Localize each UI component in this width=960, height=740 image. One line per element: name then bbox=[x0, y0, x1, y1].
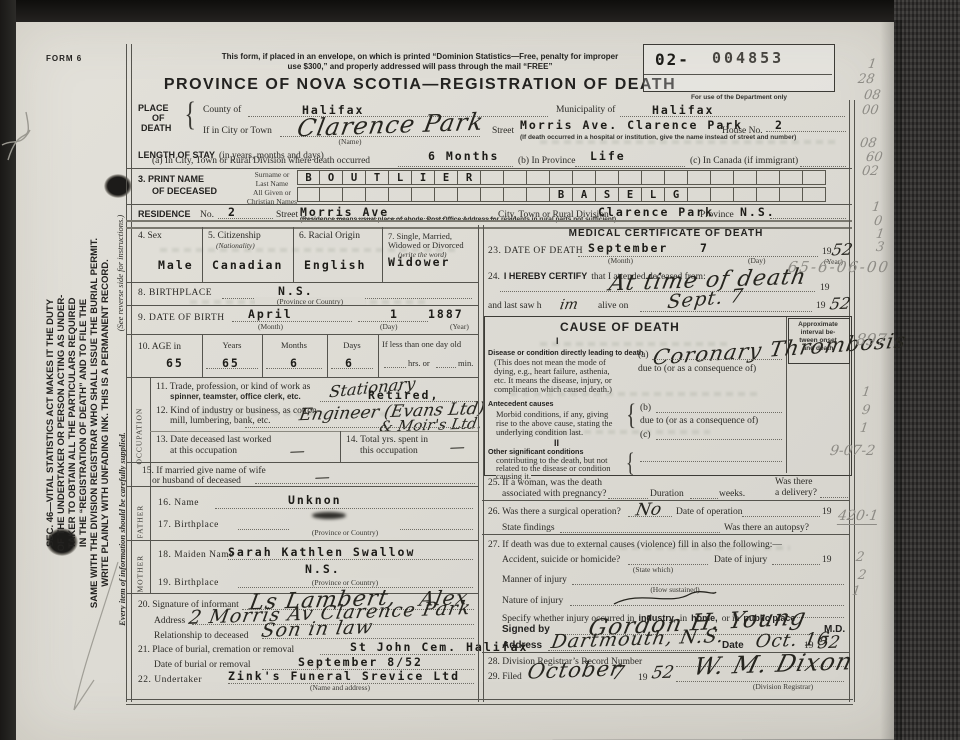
rule bbox=[126, 334, 478, 335]
age-days-header: Days bbox=[329, 340, 375, 350]
letter-cell bbox=[412, 187, 435, 202]
dotted-line bbox=[656, 438, 782, 440]
signedby-label: Signed by bbox=[502, 624, 550, 635]
letter-cell: L bbox=[642, 187, 665, 202]
rule bbox=[126, 282, 478, 283]
s2c-label: (c) In Canada (if immigrant) bbox=[690, 156, 798, 166]
dotted-line bbox=[228, 558, 473, 560]
cause-d5: complication which caused death.) bbox=[494, 384, 612, 394]
death-date-label: 23. DATE OF DEATH bbox=[488, 246, 583, 256]
letter-cell bbox=[780, 187, 803, 202]
dotted-line bbox=[560, 531, 720, 533]
letter-cell bbox=[343, 187, 366, 202]
s12-label1: 12. Kind of industry or business, as cot… bbox=[156, 406, 320, 416]
letter-cell bbox=[527, 187, 550, 202]
letter-cell bbox=[435, 187, 458, 202]
cause-roman-I: I bbox=[556, 336, 559, 346]
s13-label2: at this occupation bbox=[170, 446, 237, 456]
letter-cell bbox=[780, 170, 803, 185]
dotted-line bbox=[232, 320, 352, 322]
dotted-line bbox=[398, 165, 513, 167]
s26-19: 19 bbox=[822, 507, 832, 517]
rule bbox=[482, 534, 850, 535]
other-brace: { bbox=[626, 448, 635, 478]
undertaker-label: 22. Undertaker bbox=[138, 675, 202, 685]
sidebar-notice-line: OF THE UNDERTAKER OR PERSON ACTING AS UN… bbox=[56, 143, 67, 703]
rule bbox=[150, 431, 478, 432]
registrar-signature: W. M. Dixon bbox=[691, 647, 856, 680]
age-value: 65 bbox=[166, 356, 184, 370]
rule bbox=[126, 462, 478, 463]
s26-findings-label: State findings bbox=[502, 523, 555, 533]
letter-cell bbox=[389, 187, 412, 202]
dotted-line bbox=[384, 366, 406, 368]
letter-cell bbox=[711, 170, 734, 185]
rule bbox=[382, 227, 383, 282]
mother-birthplace-value: N.S. bbox=[305, 562, 341, 576]
pencil-number: 60 bbox=[865, 150, 884, 165]
s12-handwritten2: & Moir's Ltd. bbox=[378, 414, 483, 436]
dotted-line bbox=[262, 637, 474, 639]
signed-date-label: Date bbox=[722, 640, 744, 651]
page-title: PROVINCE OF NOVA SCOTIA—REGISTRATION OF … bbox=[160, 76, 680, 94]
informant-address-label: Address bbox=[154, 616, 185, 626]
letter-cell: O bbox=[320, 170, 343, 185]
s2a-label: (a) In City, Town or Rural Division wher… bbox=[152, 156, 370, 166]
s14-label1: 14. Total yrs. spent in bbox=[346, 435, 428, 445]
cause-a-label: (a) bbox=[638, 350, 649, 360]
citizenship-label: 5. Citizenship bbox=[208, 231, 261, 241]
filed-year-handwritten: 52 bbox=[650, 663, 675, 684]
certify-19a: 19 bbox=[820, 283, 830, 293]
sex-label: 4. Sex bbox=[138, 231, 162, 241]
department-box-rule bbox=[644, 74, 832, 75]
filed-month-handwritten: October bbox=[526, 656, 624, 683]
s27-label: 27. If death was due to external causes … bbox=[488, 540, 782, 550]
letter-cell: E bbox=[619, 187, 642, 202]
marital-label2: Widowed or Divorced bbox=[388, 240, 464, 250]
rule bbox=[262, 335, 263, 377]
background-fabric bbox=[894, 0, 960, 740]
municipality-label: Municipality of bbox=[556, 105, 615, 115]
sidebar-reverse-note: (See reverse side for instructions.) bbox=[115, 178, 125, 368]
letter-cell bbox=[734, 170, 757, 185]
s1-number-label: PLACE bbox=[138, 103, 169, 113]
s26-answer-handwritten: No bbox=[634, 500, 663, 521]
s15-label1: 15. If married give name of wife bbox=[142, 466, 266, 476]
citizenship-paren: (Nationality) bbox=[216, 241, 255, 250]
age-less-than-day-label: If less than one day old bbox=[382, 339, 461, 349]
given-cap1: All Given or bbox=[253, 188, 291, 197]
county-label: County of bbox=[203, 105, 241, 115]
dotted-line bbox=[608, 497, 648, 499]
residence-label: RESIDENCE bbox=[138, 209, 191, 219]
paper-right-shadow bbox=[880, 20, 902, 740]
residence-city-value: Clarence Park bbox=[598, 205, 714, 219]
letter-cell bbox=[481, 187, 504, 202]
burial-date-value: September 8/52 bbox=[298, 655, 423, 669]
sidebar-notice-line: SAME WITH THE DIVISION REGISTRAR WHO SHA… bbox=[89, 143, 100, 703]
mail-note-line2: use $300,” and properly addressed will p… bbox=[200, 62, 640, 71]
s27-accident-label: Accident, suicide or homicide? bbox=[502, 555, 620, 565]
age-min-label: min. bbox=[458, 358, 473, 368]
rule bbox=[327, 335, 328, 377]
dotted-line bbox=[255, 482, 475, 484]
dotted-line bbox=[266, 367, 322, 369]
certify-no: 24. bbox=[488, 272, 500, 282]
letter-cell bbox=[573, 170, 596, 185]
rule bbox=[340, 431, 341, 462]
dob-day-caption: (Day) bbox=[380, 322, 398, 331]
dotted-line bbox=[218, 217, 273, 219]
s27-19: 19 bbox=[822, 555, 832, 565]
dob-year-caption: (Year) bbox=[450, 322, 469, 331]
pencil-number: 9-07-2 bbox=[829, 443, 876, 459]
lastsaw-label1: and last saw h bbox=[488, 301, 542, 311]
s26-autopsy-label: Was there an autopsy? bbox=[724, 523, 809, 533]
surname-caption: Surname orLast Name bbox=[248, 170, 296, 188]
rule bbox=[202, 335, 203, 377]
s25-duration-label: Duration bbox=[650, 489, 684, 499]
dotted-line bbox=[245, 426, 475, 428]
sidebar-notice-line: IN THE “REGISTRATION OF DEATH” AND TO FI… bbox=[78, 143, 89, 703]
letter-cell bbox=[688, 187, 711, 202]
s1-label-death: DEATH bbox=[141, 123, 171, 133]
dotted-line bbox=[206, 367, 258, 369]
interval-line: Approximate bbox=[798, 321, 838, 328]
death-month-caption: (Month) bbox=[608, 256, 633, 265]
letter-cell bbox=[665, 170, 688, 185]
letter-cell bbox=[711, 187, 734, 202]
letter-cell bbox=[504, 170, 527, 185]
s13-label1: 13. Date deceased last worked bbox=[156, 435, 271, 445]
s25-label2: associated with pregnancy? bbox=[502, 489, 606, 499]
dotted-line bbox=[500, 290, 815, 292]
dob-month-caption: (Month) bbox=[258, 322, 283, 331]
letter-cell bbox=[366, 187, 389, 202]
registrar-caption: (Division Registrar) bbox=[718, 682, 848, 691]
letter-cell: T bbox=[366, 170, 389, 185]
given-letter-grid: BASELG bbox=[297, 187, 826, 202]
s26-label: 26. Was there a surgical operation? bbox=[488, 507, 621, 517]
letter-cell bbox=[527, 170, 550, 185]
lastsaw-label2: alive on bbox=[598, 301, 628, 311]
letter-cell: U bbox=[343, 170, 366, 185]
dotted-line bbox=[575, 165, 685, 167]
citizenship-value: Canadian bbox=[212, 258, 283, 272]
s26-opdate-label: Date of operation bbox=[676, 507, 742, 517]
letter-cell bbox=[803, 170, 826, 185]
s1-brace: { bbox=[184, 96, 195, 134]
letter-cell: I bbox=[412, 170, 435, 185]
age-years-header: Years bbox=[204, 340, 260, 350]
pencil-number: 420·1 bbox=[837, 508, 879, 525]
letter-cell bbox=[688, 170, 711, 185]
letter-cell bbox=[550, 170, 573, 185]
s3-label-line1: 3. PRINT NAME bbox=[138, 174, 204, 184]
name-caption: (Name) bbox=[320, 137, 380, 146]
rule bbox=[126, 377, 478, 378]
letter-cell bbox=[757, 170, 780, 185]
s2b-label: (b) In Province bbox=[518, 156, 576, 166]
street-label: Street bbox=[492, 126, 514, 136]
letter-cell bbox=[642, 170, 665, 185]
pencil-number: 08 bbox=[863, 88, 882, 103]
pencil-number: 897 bbox=[855, 330, 888, 349]
letter-cell bbox=[734, 187, 757, 202]
letter-cell: B bbox=[550, 187, 573, 202]
s2b-value: Life bbox=[590, 149, 626, 163]
rule bbox=[126, 168, 852, 169]
racial-origin-label: 6. Racial Origin bbox=[299, 231, 360, 241]
pencil-number: 02 bbox=[861, 164, 880, 179]
letter-cell: A bbox=[573, 187, 596, 202]
s25-weeks-label: weeks. bbox=[719, 489, 745, 499]
dob-day-value: 1 bbox=[390, 307, 399, 321]
residence-province-label: Province bbox=[700, 210, 734, 220]
sidebar-notice-line: WRITE PLAINLY WITH UNFADING INK. THIS IS… bbox=[100, 143, 111, 703]
mail-note-line1: This form, if placed in an envelope, on … bbox=[200, 52, 640, 61]
mother-maiden-value: Sarah Kathlen Swallow bbox=[228, 545, 415, 559]
death-date-month: September bbox=[588, 241, 668, 255]
burial-place-label: 21. Place of burial, cremation or remova… bbox=[138, 645, 294, 655]
letter-cell: B bbox=[297, 170, 320, 185]
letter-cell bbox=[458, 187, 481, 202]
dob-month-value: April bbox=[248, 307, 293, 321]
occupation-side-label: OCCUPATION bbox=[135, 401, 144, 465]
dotted-line bbox=[436, 366, 456, 368]
rule bbox=[293, 227, 294, 282]
sidebar-divider-rule bbox=[126, 44, 132, 702]
residence-street-label: Street bbox=[276, 210, 298, 220]
dotted-line bbox=[742, 515, 820, 517]
rule bbox=[126, 486, 478, 487]
s27-statewhich-caption: (State which) bbox=[608, 565, 698, 574]
dotted-line bbox=[770, 217, 846, 219]
city-town-label: If in City or Town bbox=[203, 126, 272, 136]
dotted-line bbox=[766, 130, 846, 132]
s3-label-line2: OF DECEASED bbox=[152, 186, 217, 196]
sex-value: Male bbox=[158, 258, 194, 272]
dotted-line bbox=[331, 367, 373, 369]
dob-year-value: 1887 bbox=[428, 307, 464, 321]
antecedent-brace: { bbox=[626, 398, 636, 432]
department-serial-number: 004853 bbox=[712, 49, 784, 67]
undertaker-value: Zink's Funeral Srevice Ltd bbox=[228, 669, 460, 683]
father-birthplace-caption: (Province or Country) bbox=[290, 528, 400, 537]
dotted-line bbox=[652, 358, 782, 360]
racial-origin-value: English bbox=[304, 258, 366, 272]
lastsaw-strike: im bbox=[559, 297, 580, 314]
pencil-number: 08 bbox=[859, 136, 878, 151]
surname-cap2: Last Name bbox=[256, 179, 289, 188]
father-name-value: Unknon bbox=[288, 493, 342, 507]
father-name-label: 16. Name bbox=[158, 498, 199, 508]
form-number: FORM 6 bbox=[46, 54, 82, 63]
dotted-line bbox=[640, 460, 782, 462]
cause-dueto1: due to (or as a consequence of) bbox=[638, 364, 756, 374]
undertaker-caption: (Name and address) bbox=[280, 683, 400, 692]
letter-cell: E bbox=[435, 170, 458, 185]
rule bbox=[202, 227, 203, 282]
dob-label: 9. DATE OF BIRTH bbox=[138, 313, 225, 323]
rule bbox=[378, 335, 379, 377]
s25-delivery-label: a delivery? bbox=[775, 488, 817, 498]
marital-value: Widower bbox=[388, 255, 450, 269]
antecedent-label: Antecedent causes bbox=[488, 399, 554, 408]
surname-letter-grid: BOUTLIER bbox=[297, 170, 826, 185]
lastsaw-19: 19 bbox=[816, 301, 826, 311]
rule bbox=[482, 500, 850, 501]
s27-manner-label: Manner of injury bbox=[502, 575, 567, 585]
birthplace-label: 8. BIRTHPLACE bbox=[138, 288, 212, 298]
s3-print-name: PRINT NAME bbox=[148, 174, 204, 184]
letter-cell bbox=[619, 170, 642, 185]
cause-d1: Disease or condition directly leading to… bbox=[488, 348, 643, 357]
s3-number: 3. bbox=[138, 174, 146, 184]
surname-cap1: Surname or bbox=[255, 170, 290, 179]
residence-city-label: City, Town or Rural Division bbox=[498, 210, 609, 220]
nature-squiggle bbox=[610, 588, 720, 608]
lastsaw-year-handwritten: 52 bbox=[828, 294, 852, 314]
letter-cell bbox=[757, 187, 780, 202]
letter-cell bbox=[481, 170, 504, 185]
dotted-line bbox=[548, 649, 716, 651]
rule bbox=[126, 305, 478, 306]
letter-cell: G bbox=[665, 187, 688, 202]
s25-label1: 25. If a woman, was the death bbox=[488, 478, 602, 488]
cause-b-label: (b) bbox=[640, 403, 651, 413]
s25-wasthere-label: Was there bbox=[775, 477, 812, 487]
informant-relationship-label: Relationship to deceased bbox=[154, 631, 248, 641]
municipality-value: Halifax bbox=[652, 103, 714, 117]
letter-cell bbox=[504, 187, 527, 202]
s14-label2: this occupation bbox=[360, 446, 418, 456]
antecedent-l4: underlying condition last. bbox=[496, 427, 583, 437]
cause-dueto2: due to (or as a consequence of) bbox=[640, 416, 758, 426]
mother-side-label: MOTHER bbox=[136, 545, 145, 593]
father-side-label: FATHER bbox=[136, 495, 145, 539]
cause-title: CAUSE OF DEATH bbox=[560, 320, 680, 334]
cause-c-label: (c) bbox=[640, 430, 651, 440]
s2a-value: 6 Months bbox=[428, 149, 499, 163]
letter-cell bbox=[803, 187, 826, 202]
letter-cell bbox=[596, 170, 619, 185]
s15-label2: or husband of deceased bbox=[152, 476, 241, 486]
filed-19: 19 bbox=[638, 673, 648, 683]
street-value: Morris Ave. Clarence Park bbox=[520, 118, 743, 132]
age-months-header: Months bbox=[264, 340, 324, 350]
sidebar-notice-line: TAKER TO OBTAIN ALL THE PARTICULARS REQU… bbox=[67, 143, 78, 703]
pencil-number: 28 bbox=[857, 72, 876, 87]
signed-address-label: Address bbox=[502, 640, 542, 651]
s11-label1: 11. Trade, profession, or kind of work a… bbox=[156, 382, 310, 392]
department-box-caption: For use of the Department only bbox=[648, 94, 830, 101]
medical-title: MEDICAL CERTIFICATE OF DEATH bbox=[484, 228, 848, 239]
letter-cell: L bbox=[389, 170, 412, 185]
hospital-caption: (If death occurred in a hospital or inst… bbox=[520, 134, 796, 141]
dotted-line bbox=[628, 515, 672, 517]
rule bbox=[126, 540, 478, 541]
s1-label-of: OF bbox=[152, 113, 165, 123]
s27-dateinjury-label: Date of injury bbox=[714, 555, 767, 565]
dotted-line bbox=[772, 563, 820, 565]
sidebar-notice-line: SEC. 46—VITAL STATISTICS ACT MAKES IT TH… bbox=[45, 143, 56, 703]
s27-nature-label: Nature of injury bbox=[502, 596, 563, 606]
birthplace-value: N.S. bbox=[278, 284, 314, 298]
death-date-day: 7 bbox=[700, 241, 709, 255]
letter-cell: R bbox=[458, 170, 481, 185]
pencil-number: 00 bbox=[861, 103, 880, 118]
pencil-number: 65-6-06-00 bbox=[787, 258, 892, 276]
dotted-line bbox=[640, 310, 812, 312]
mother-maiden-label: 18. Maiden Name bbox=[158, 550, 234, 560]
ink-smudge bbox=[312, 512, 346, 519]
s29-filed-label: 29. Filed bbox=[488, 672, 522, 682]
bottom-border-rule bbox=[126, 699, 853, 705]
department-box-prefix: 02- bbox=[655, 50, 690, 69]
age-label: 10. AGE in bbox=[138, 342, 181, 352]
dotted-line bbox=[215, 507, 473, 509]
dotted-line bbox=[800, 165, 846, 167]
s12-label2: mill, lumbering, bank, etc. bbox=[170, 416, 271, 426]
dotted-line bbox=[656, 411, 782, 413]
sidebar-notice: SEC. 46—VITAL STATISTICS ACT MAKES IT TH… bbox=[45, 143, 115, 703]
certify-bold: I HEREBY CERTIFY bbox=[504, 271, 587, 281]
background-top-band bbox=[0, 0, 960, 22]
scanned-death-registration: FORM 6 SEC. 46—VITAL STATISTICS ACT MAKE… bbox=[0, 0, 960, 740]
dotted-line bbox=[690, 497, 718, 499]
residence-no-label: No. bbox=[200, 210, 214, 220]
letter-cell bbox=[320, 187, 343, 202]
dotted-line bbox=[820, 496, 848, 498]
age-hrs-label: hrs. or bbox=[408, 358, 430, 368]
father-birthplace-label: 17. Birthplace bbox=[158, 520, 219, 530]
letter-cell: S bbox=[596, 187, 619, 202]
mother-birthplace-label: 19. Birthplace bbox=[158, 578, 219, 588]
letter-cell bbox=[297, 187, 320, 202]
death-day-caption: (Day) bbox=[748, 256, 766, 265]
s11-label2: spinner, teamster, office clerk, etc. bbox=[170, 392, 301, 401]
